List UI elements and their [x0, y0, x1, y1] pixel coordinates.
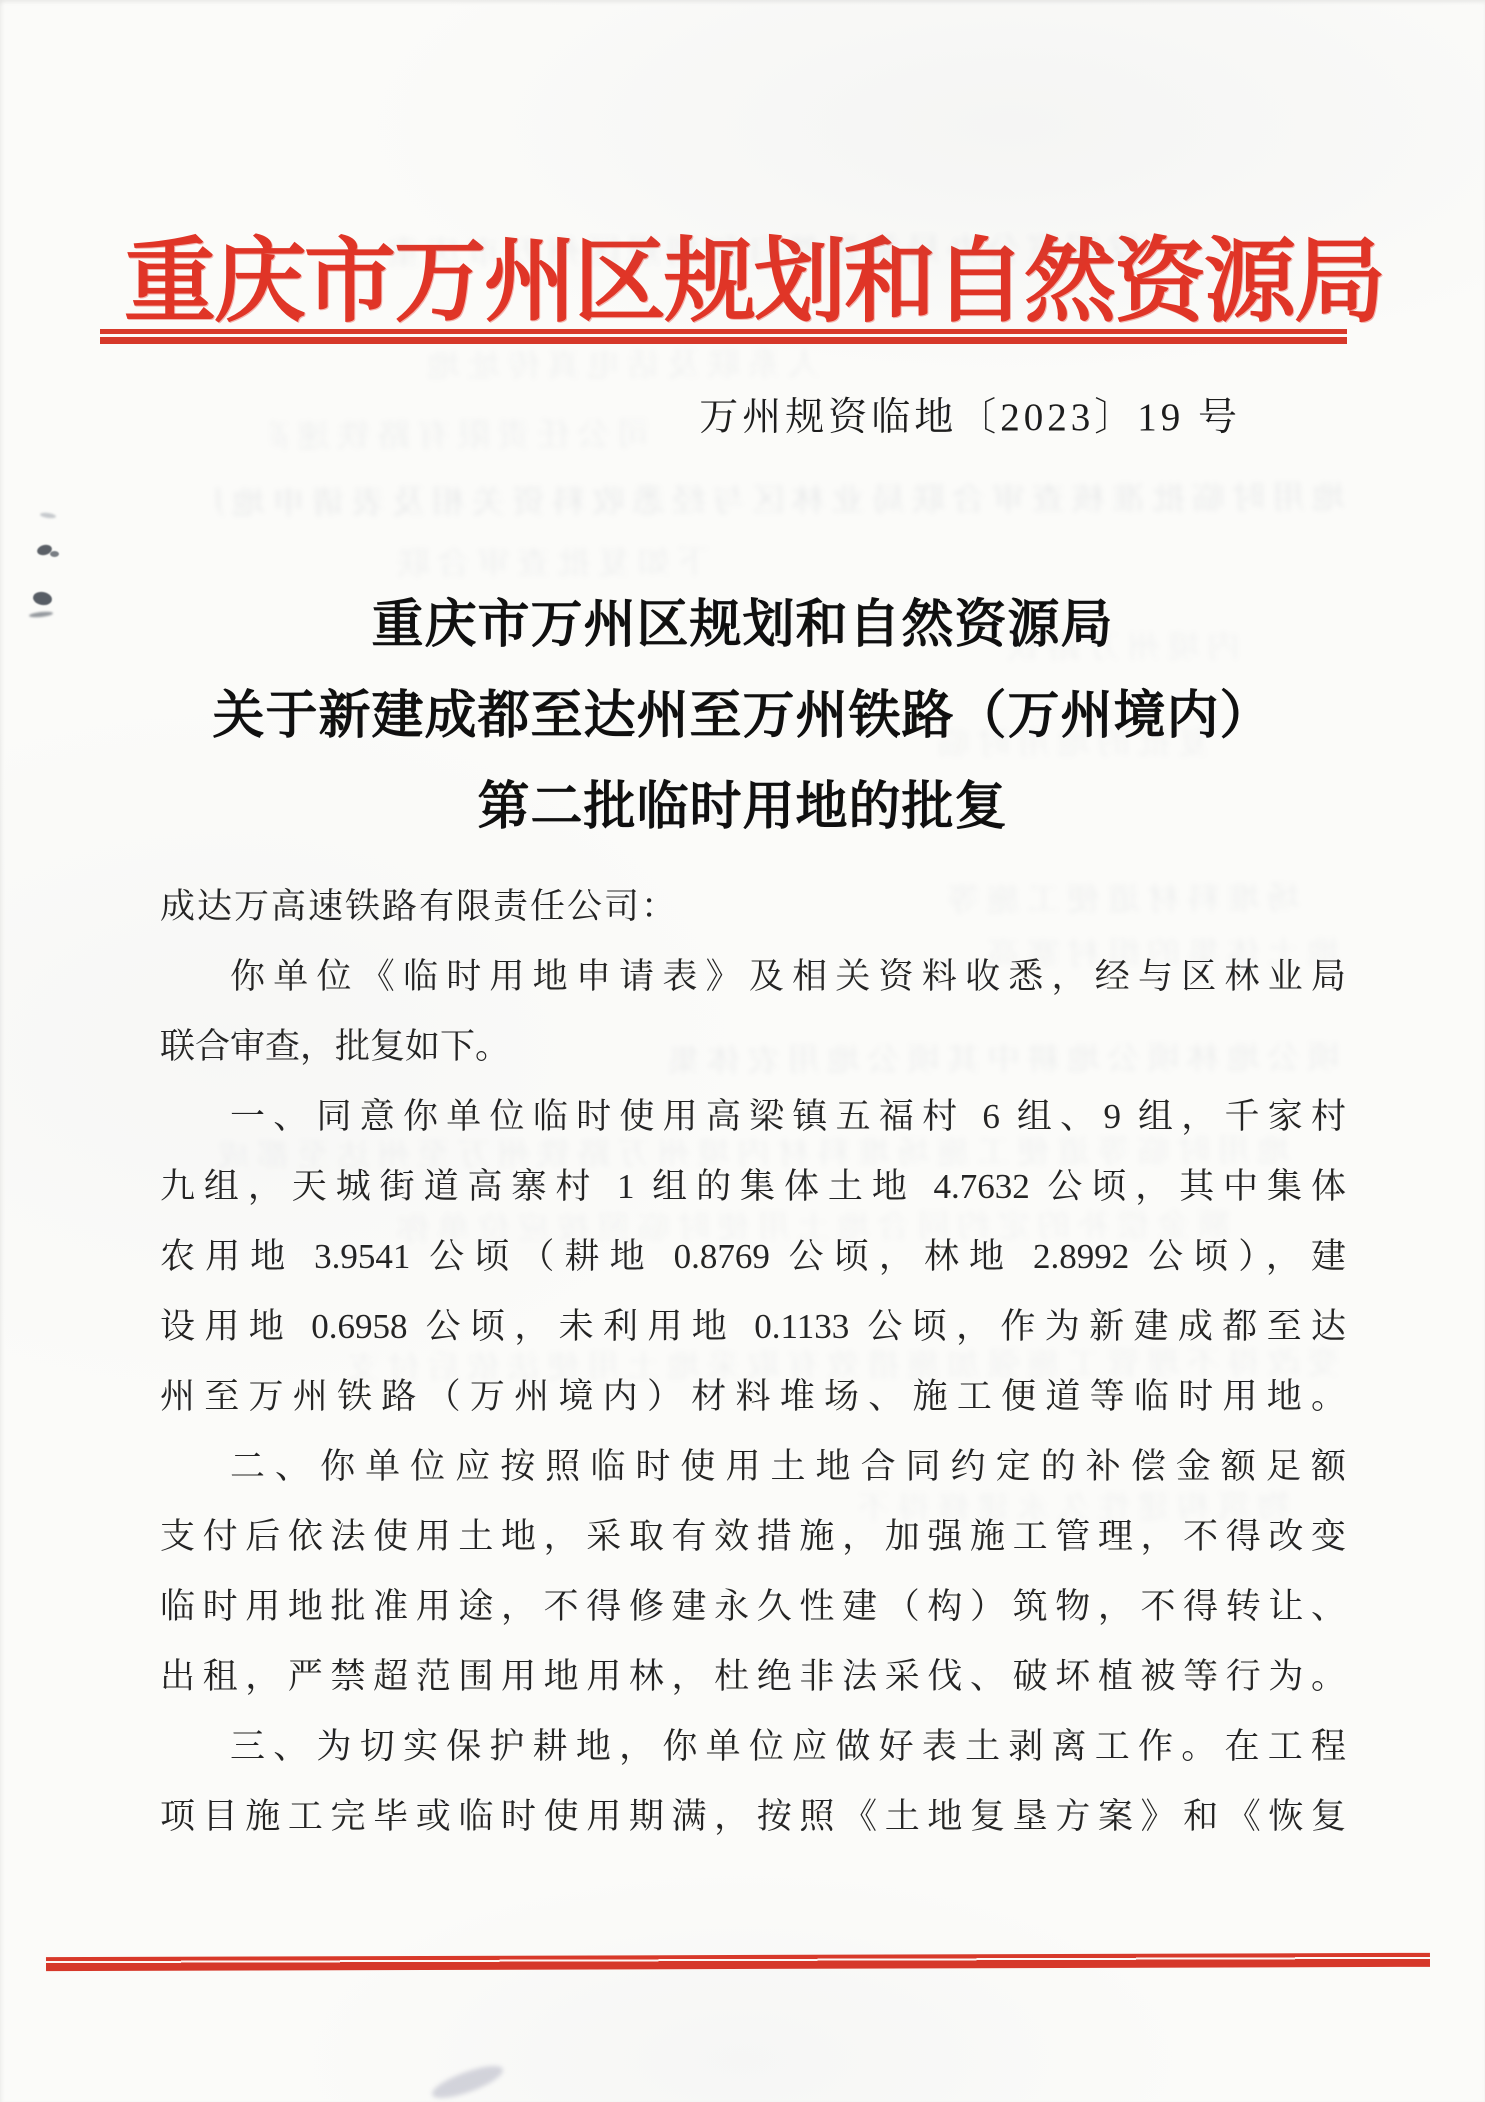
- title-line-1: 重庆市万州区规划和自然资源局: [0, 580, 1485, 671]
- bleedthrough-text: 场堆料材道便工施等: [850, 883, 1300, 918]
- red-divider-top: [100, 329, 1347, 344]
- document-title: 重庆市万州区规划和自然资源局 关于新建成都至达州至万州铁路（万州境内） 第二批临…: [0, 580, 1485, 853]
- title-line-3: 第二批临时用地的批复: [0, 762, 1485, 853]
- body-line: 三、为切实保护耕地，你单位应做好表土剥离工作。在工程: [160, 1712, 1346, 1782]
- scan-speck: [429, 2060, 506, 2102]
- bleedthrough-text: 地用时临等道便工施场堆料材内境州万路铁州万至州达至都成建新: [210, 1135, 1290, 1174]
- body-line: 出租，严禁超范围用地用林，杜绝非法采伐、破坏植被等行为。: [160, 1642, 1346, 1712]
- bleedthrough-text: 司公任责限有路铁速高: [270, 419, 650, 454]
- scan-speck: [40, 512, 57, 519]
- bleedthrough-text: 发印室公办局源资然自和划规区州万市庆重: [300, 234, 1140, 271]
- bleedthrough-text: 下如复批查审合联: [210, 547, 710, 583]
- bleedthrough-text: 额金偿补的定约同合地土用使时临照按应位单你: [230, 1209, 1230, 1247]
- bleedthrough-text: 人系联及话电真传址地: [330, 349, 820, 385]
- document-number: 万州规资临地〔2023〕19 号: [699, 386, 1241, 442]
- red-divider-bottom: [46, 1953, 1430, 1971]
- bleedthrough-text: 复批的地用时临: [880, 727, 1210, 762]
- title-line-2: 关于新建成都至达州至万州铁路（万州境内）: [0, 671, 1485, 762]
- bleedthrough-text: 变改得不理管工施强加施措效有取采地土用使法依后付支: [310, 1347, 1340, 1385]
- letterhead-title: 重庆市万州区规划和自然资源局: [124, 208, 1384, 340]
- body-line: 项目施工完毕或临时使用期满，按照《土地复垦方案》和《恢复: [160, 1782, 1346, 1852]
- body-line: 临时用地批准用途，不得修建永久性建（构）筑物，不得转让、: [160, 1572, 1346, 1642]
- bleedthrough-text: 物筑构建性久永建修得不: [860, 1491, 1290, 1526]
- bleedthrough-text: 顷公地林顷公地耕中其顷公地用农体集: [640, 1042, 1340, 1079]
- bleedthrough-text: 地用时临批准核查审合联局业林区与经悉收料资关相及表请申地用时临: [215, 482, 1345, 521]
- bleedthrough-text: 地土体集的组村寨高: [950, 937, 1340, 972]
- scanned-document-page: 重庆市万州区规划和自然资源局 万州规资临地〔2023〕19 号 重庆市万州区规划…: [0, 0, 1485, 2102]
- scan-speck: [50, 551, 59, 557]
- bleedthrough-text: 内境州万路铁: [940, 631, 1240, 666]
